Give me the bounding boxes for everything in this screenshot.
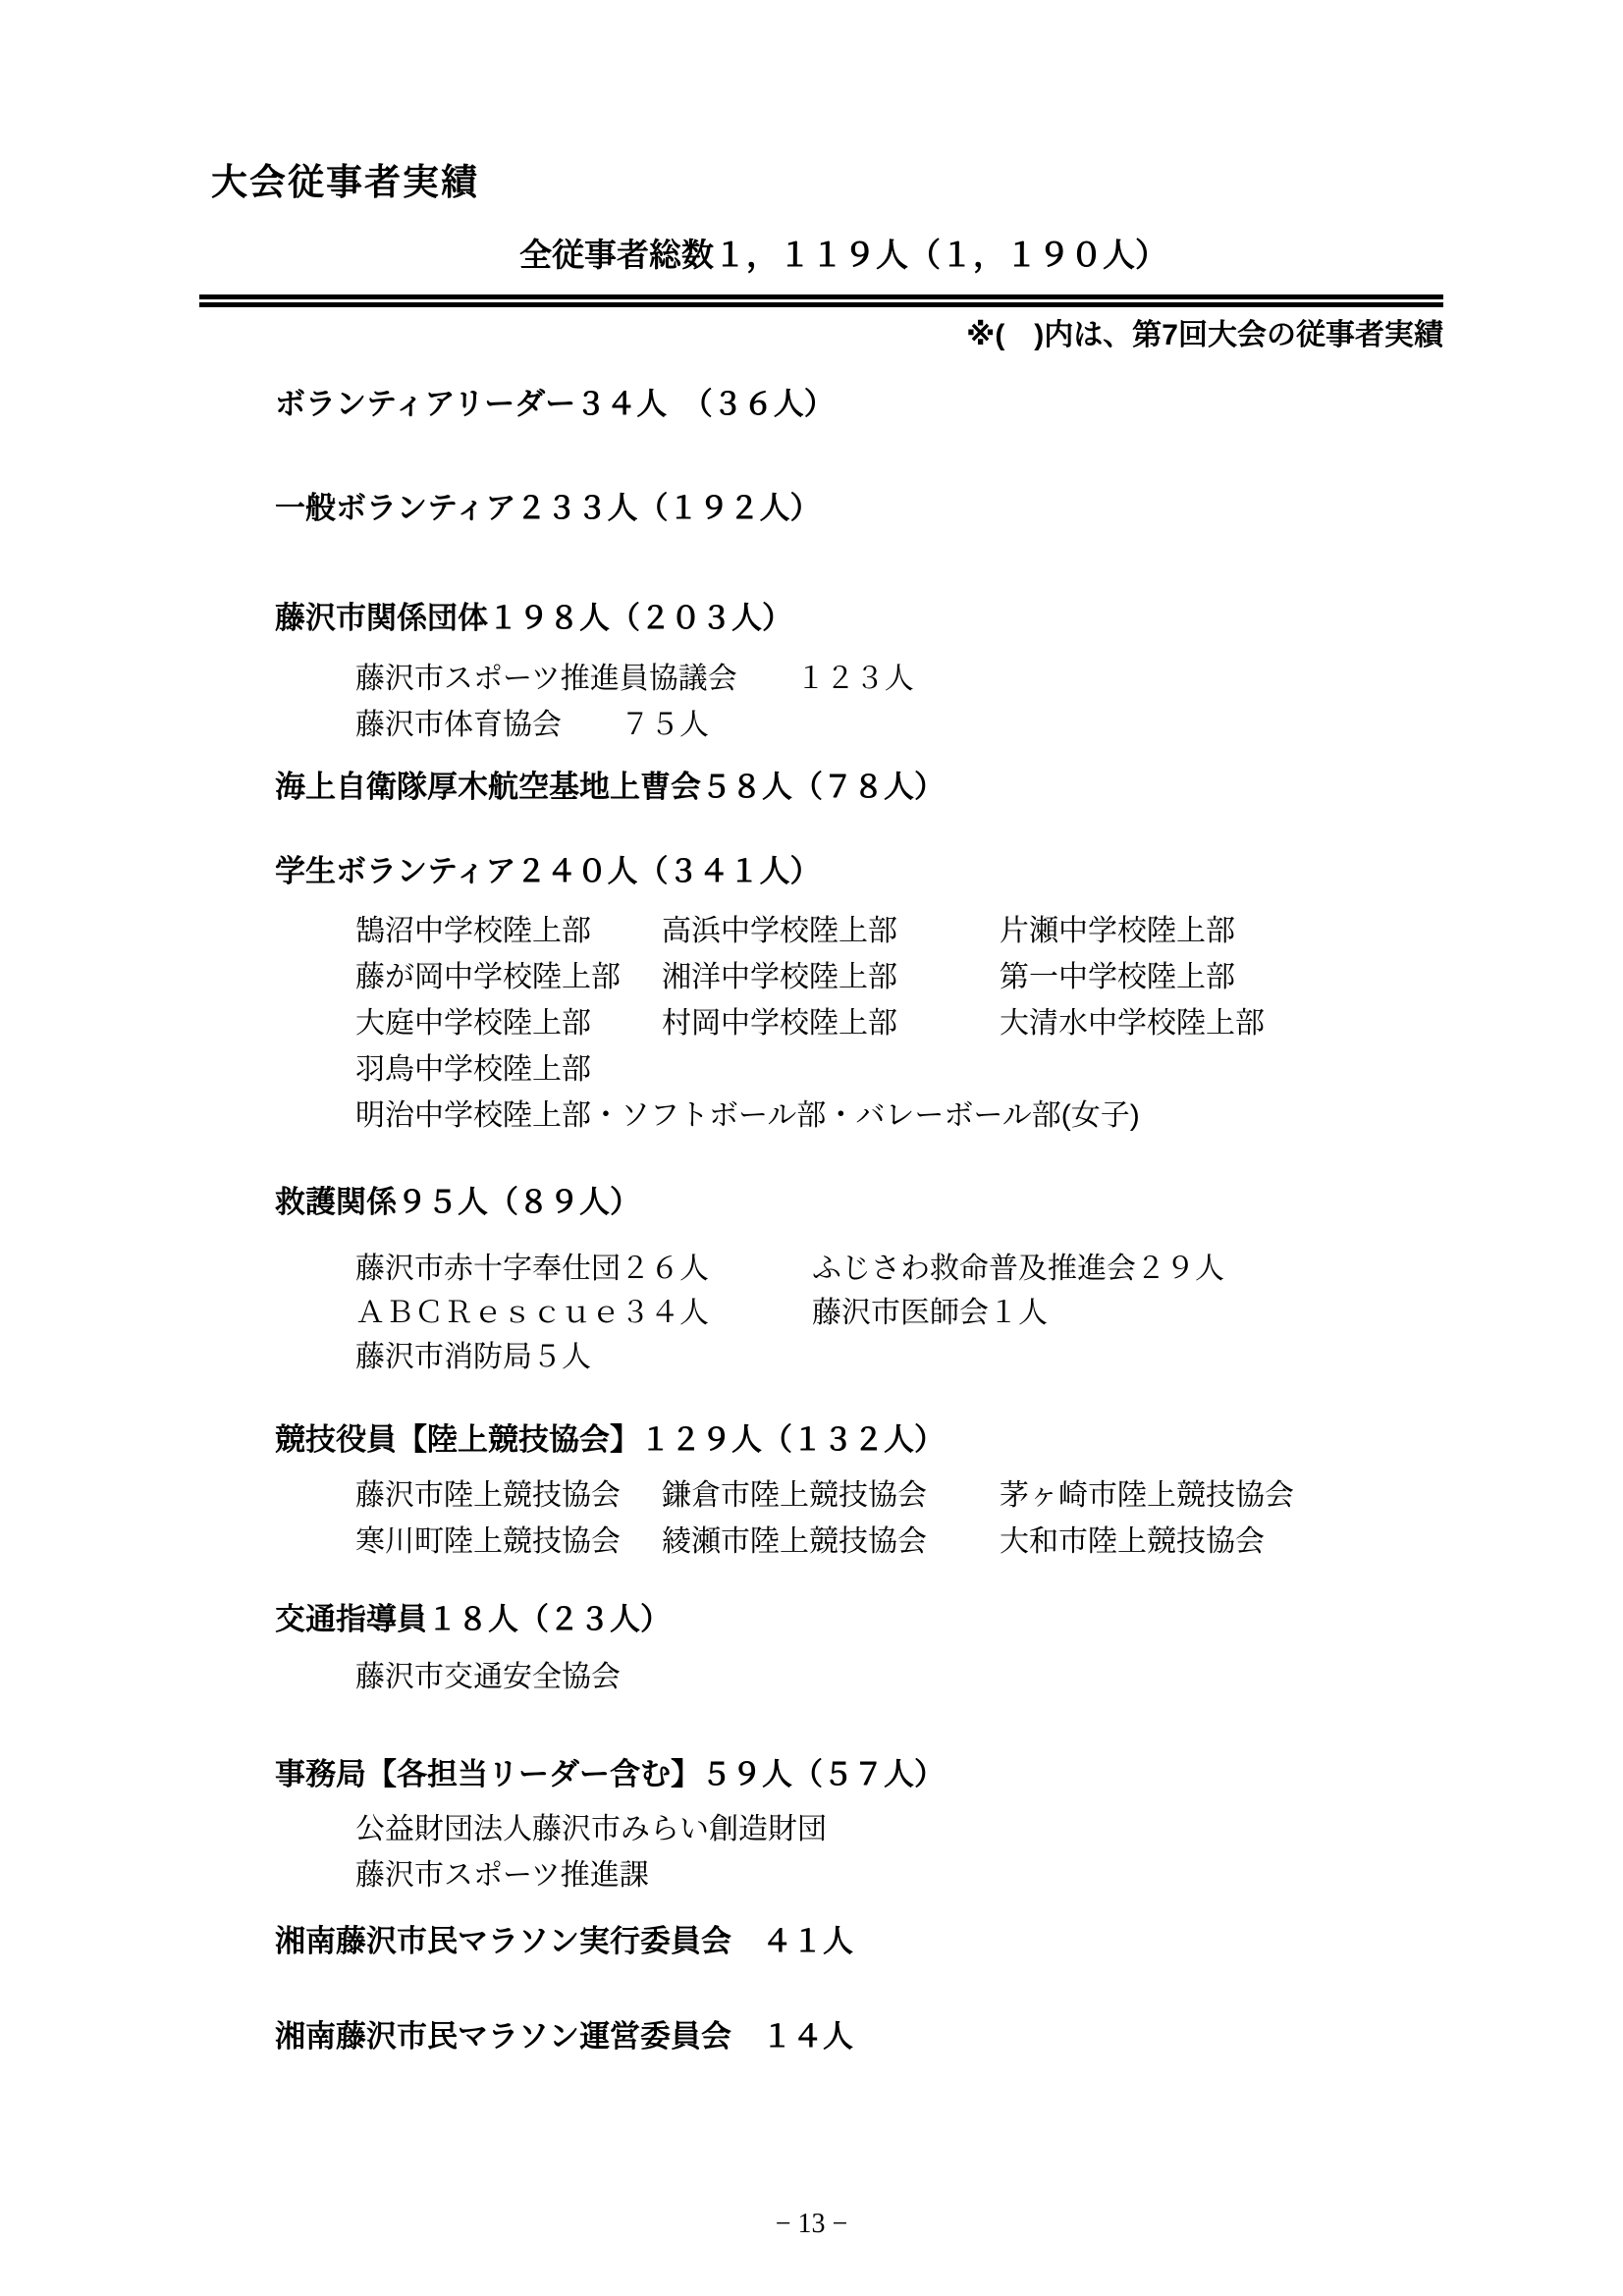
list-item-org: 寒川町陸上競技協会 [355, 1519, 662, 1565]
section-heading-student-volunteer: 学生ボランティア２４０人（３４１人） [275, 852, 1623, 891]
first-aid-row: 藤沢市消防局５人 [355, 1335, 1623, 1379]
list-item-school: 片瀬中学校陸上部 [1000, 908, 1235, 954]
student-row: 明治中学校陸上部・ソフトボール部・バレーボール部(女子) [355, 1093, 1623, 1139]
list-item-org: ＡＢＣＲｅｓｃｕｅ３４人 [355, 1291, 812, 1335]
list-item-school: 第一中学校陸上部 [1000, 954, 1235, 1000]
officials-row: 寒川町陸上競技協会 綾瀬市陸上競技協会 大和市陸上競技協会 [355, 1519, 1623, 1565]
section-heading-first-aid: 救護関係９５人（８９人） [275, 1183, 1623, 1222]
section-heading-fujisawa-orgs: 藤沢市関係団体１９８人（２０３人） [275, 599, 1623, 638]
section-heading-traffic-guides: 交通指導員１８人（２３人） [275, 1600, 1623, 1639]
list-item-school: 藤が岡中学校陸上部 [355, 954, 662, 1000]
student-row: 大庭中学校陸上部 村岡中学校陸上部 大清水中学校陸上部 [355, 1000, 1623, 1046]
list-item-mirai-foundation: 公益財団法人藤沢市みらい創造財団 [355, 1806, 1623, 1852]
list-item-org: 鎌倉市陸上競技協会 [662, 1472, 1000, 1519]
footer-page-number: − 13 − [0, 2207, 1623, 2242]
first-aid-row: ＡＢＣＲｅｓｃｕｅ３４人 藤沢市医師会１人 [355, 1291, 1623, 1335]
list-item-school: 村岡中学校陸上部 [662, 1000, 1000, 1046]
note-previous-event: ※( )内は、第7回大会の従事者実績 [199, 317, 1443, 354]
list-item-school: 高浜中学校陸上部 [662, 908, 1000, 954]
list-item-org: 茅ヶ崎市陸上競技協会 [1000, 1472, 1294, 1519]
list-item-org: 藤沢市陸上競技協会 [355, 1472, 662, 1519]
student-row: 藤が岡中学校陸上部 湘洋中学校陸上部 第一中学校陸上部 [355, 954, 1623, 1000]
student-row: 鵠沼中学校陸上部 高浜中学校陸上部 片瀬中学校陸上部 [355, 908, 1623, 954]
list-item-traffic-safety: 藤沢市交通安全協会 [355, 1654, 1623, 1700]
list-item-school: 明治中学校陸上部・ソフトボール部・バレーボール部(女子) [355, 1093, 1140, 1139]
section-heading-exec-committee: 湘南藤沢市民マラソン実行委員会 ４１人 [275, 1922, 1623, 1961]
list-item-org: 藤沢市医師会１人 [812, 1291, 1048, 1335]
officials-row: 藤沢市陸上競技協会 鎌倉市陸上競技協会 茅ヶ崎市陸上競技協会 [355, 1472, 1623, 1519]
double-rule-divider [199, 294, 1443, 307]
page-title: 大会従事者実績 [211, 163, 1623, 202]
section-heading-jmsdf: 海上自衛隊厚木航空基地上曹会５８人（７８人） [275, 768, 1623, 807]
list-item-org: ふじさわ救命普及推進会２９人 [812, 1247, 1224, 1291]
list-item-school: 鵠沼中学校陸上部 [355, 908, 662, 954]
list-item-sports-division: 藤沢市スポーツ推進課 [355, 1852, 1623, 1898]
first-aid-row: 藤沢市赤十字奉仕団２６人 ふじさわ救命普及推進会２９人 [355, 1247, 1623, 1291]
list-item-org: 大和市陸上競技協会 [1000, 1519, 1265, 1565]
list-item-school: 大清水中学校陸上部 [1000, 1000, 1265, 1046]
list-item-sports-association: 藤沢市体育協会 ７５人 [355, 702, 1623, 748]
section-heading-officials: 競技役員【陸上競技協会】１２９人（１３２人） [275, 1420, 1623, 1460]
list-item-school: 大庭中学校陸上部 [355, 1000, 662, 1046]
section-heading-general-volunteer: 一般ボランティア２３３人（１９２人） [275, 489, 1623, 528]
list-item-school: 湘洋中学校陸上部 [662, 954, 1000, 1000]
total-staff-line: 全従事者総数１，１１９人（１，１９０人） [519, 234, 1623, 277]
document-page: 大会従事者実績 全従事者総数１，１１９人（１，１９０人） ※( )内は、第7回大… [0, 0, 1623, 2296]
list-item-sports-promoters: 藤沢市スポーツ推進員協議会 １２３人 [355, 656, 1623, 702]
list-item-org: 綾瀬市陸上競技協会 [662, 1519, 1000, 1565]
student-row: 羽鳥中学校陸上部 [355, 1046, 1623, 1093]
list-item-school: 羽鳥中学校陸上部 [355, 1046, 591, 1093]
list-item-org: 藤沢市赤十字奉仕団２６人 [355, 1247, 812, 1291]
section-heading-volunteer-leader: ボランティアリーダー３４人 （３６人） [275, 385, 1623, 424]
section-heading-secretariat: 事務局【各担当リーダー含む】５９人（５７人） [275, 1755, 1623, 1794]
section-heading-mgmt-committee: 湘南藤沢市民マラソン運営委員会 １４人 [275, 2017, 1623, 2056]
list-item-org: 藤沢市消防局５人 [355, 1335, 591, 1379]
